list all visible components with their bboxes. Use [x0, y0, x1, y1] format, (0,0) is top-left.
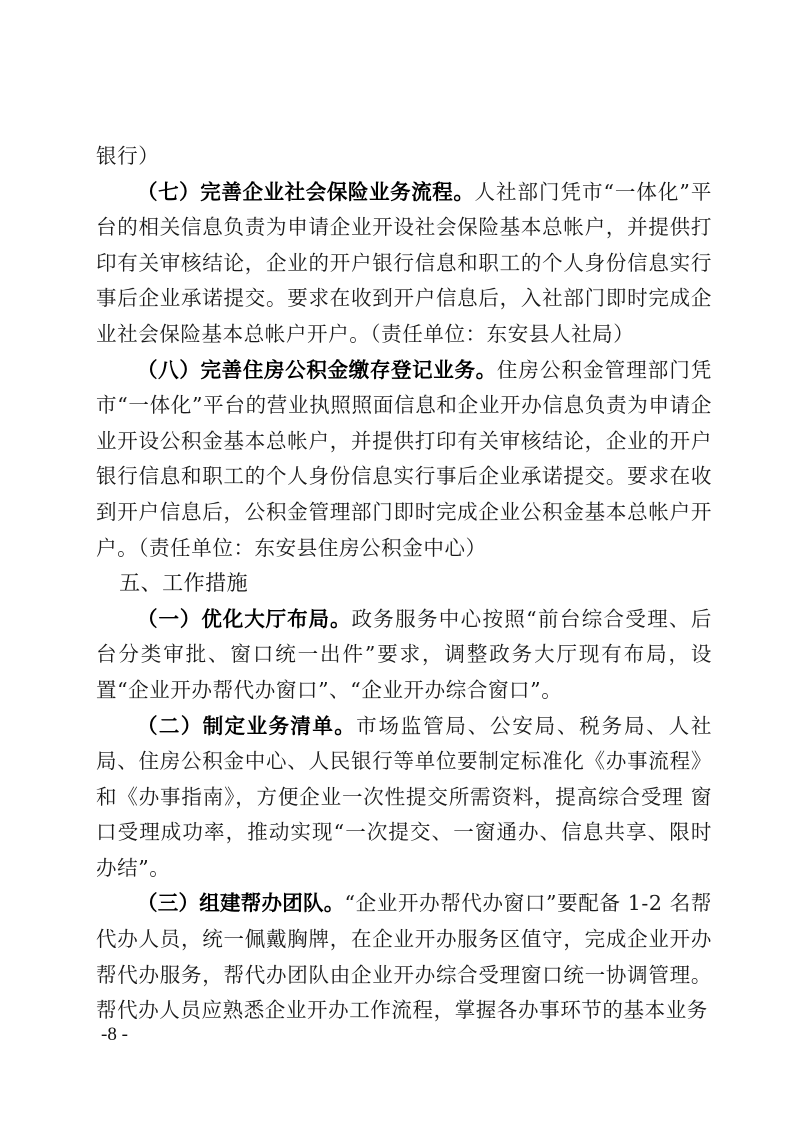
continuation-paragraph: 银行） [96, 139, 712, 175]
paragraph-hall-layout: （一）优化大厅布局。政务服务中心按照“前台综合受理、后台分类审批、窗口统一出件”… [96, 602, 712, 709]
paragraph-assist-team: （三）组建帮办团队。“企业开办帮代办窗口”要配备 1-2 名帮代办人员，统一佩戴… [96, 886, 712, 1028]
paragraph-text: 人社部门凭市“一体化”平台的相关信息负责为申请企业开设社会保险基本总帐户，并提供… [96, 180, 712, 346]
paragraph-lead: （一）优化大厅布局。 [137, 607, 351, 631]
paragraph-lead: （三）组建帮办团队。 [137, 891, 345, 915]
paragraph-text: 市场监管局、公安局、税务局、人社局、住房公积金中心、人民银行等单位要制定标准化《… [96, 714, 712, 880]
document-page: 银行） （七）完善企业社会保险业务流程。人社部门凭市“一体化”平台的相关信息负责… [0, 0, 793, 1122]
page-number: -8 - [101, 1024, 128, 1046]
section-heading: 五、工作措施 [96, 566, 712, 602]
paragraph-text: 银行） [96, 144, 159, 168]
paragraph-housing-fund: （八）完善住房公积金缴存登记业务。住房公积金管理部门凭市“一体化”平台的营业执照… [96, 353, 712, 567]
document-body: 银行） （七）完善企业社会保险业务流程。人社部门凭市“一体化”平台的相关信息负责… [96, 139, 712, 1029]
paragraph-business-list: （二）制定业务清单。市场监管局、公安局、税务局、人社局、住房公积金中心、人民银行… [96, 709, 712, 887]
paragraph-text: 住房公积金管理部门凭市“一体化”平台的营业执照照面信息和企业开办信息负责为申请企… [96, 358, 712, 560]
paragraph-lead: （七）完善企业社会保险业务流程。 [137, 180, 475, 204]
paragraph-lead: （二）制定业务清单。 [137, 714, 356, 738]
paragraph-lead: （八）完善住房公积金缴存登记业务。 [137, 358, 497, 382]
paragraph-social-insurance: （七）完善企业社会保险业务流程。人社部门凭市“一体化”平台的相关信息负责为申请企… [96, 175, 712, 353]
